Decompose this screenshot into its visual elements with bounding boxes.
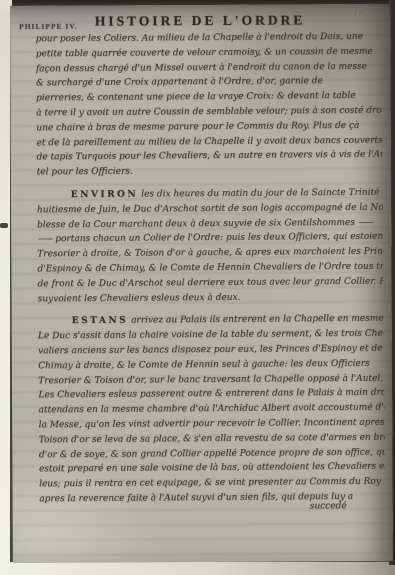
manuscript-line: tel pour les Officiers. xyxy=(37,163,383,181)
paragraph: ESTANSarrivez au Palais ils entrerent en… xyxy=(38,312,386,507)
paragraph: ENVIRONles dix heures du matin du jour d… xyxy=(37,186,384,307)
running-title: HISTOIRE DE L'ORDRE xyxy=(10,12,390,30)
manuscript-page: PHILIPPE IV. HISTOIRE DE L'ORDRE 1626 po… xyxy=(10,4,393,563)
paragraph: pour poser les Coliers. Au milieu de la … xyxy=(36,30,383,181)
page-edge-bottom xyxy=(0,562,395,575)
manuscript-line: suyvoient les Chevaliers esleus deux à d… xyxy=(38,289,384,307)
manuscript-line: de front & le Duc d'Arschot seul derrier… xyxy=(37,274,383,292)
ink-blot xyxy=(0,223,8,228)
photographed-manuscript-page: { "page": { "margin_header": "PHILIPPE I… xyxy=(0,0,395,575)
manuscript-text-block: pour poser les Coliers. Au milieu de la … xyxy=(36,30,386,515)
manuscript-line: de tapis Turquois pour les Chevaliers, &… xyxy=(36,148,382,166)
page-edge-left xyxy=(0,11,10,575)
paragraph-lead-word: ENVIRON xyxy=(71,189,141,200)
paragraph-lead-word: ESTANS xyxy=(72,316,131,326)
folio-number: 1626 xyxy=(353,8,379,19)
catchword: succedé xyxy=(310,501,347,511)
